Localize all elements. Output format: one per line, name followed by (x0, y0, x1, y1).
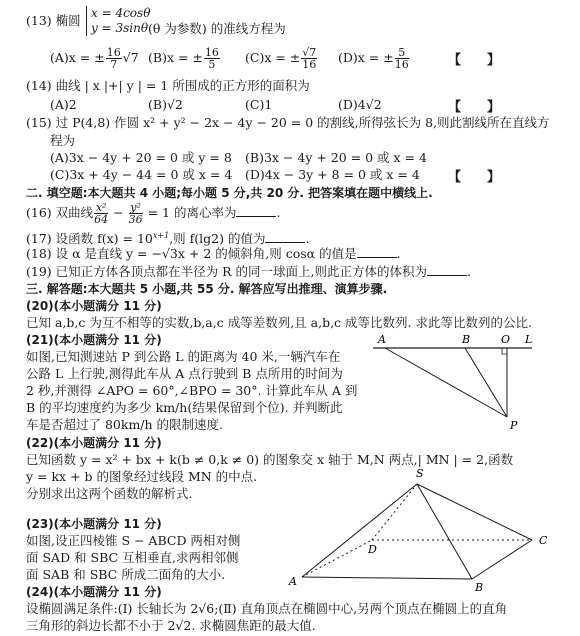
q13-stem: (13) 椭圆 (26, 13, 81, 29)
q13-option-a: (A)x = ±167√7 (50, 50, 139, 65)
q20-title: (20)(本小题满分 11 分) (26, 298, 162, 314)
label-D: D (367, 543, 377, 556)
q23-line-2: 面 SAD 和 SBC 互相垂直,求两相邻侧 (26, 550, 239, 566)
q21-line-2: 公路 L 上行驶,测得此车从 A 点行驶到 B 点所用的时间为 (26, 366, 343, 382)
q14-option-a: (A)2 (50, 97, 77, 113)
q13-stem-post: (θ 为参数) 的准线方程为 (148, 21, 286, 37)
q23-line-1: 如图,设正四棱锥 S − ABCD 两相对侧 (26, 533, 240, 549)
q22-title: (22)(本小题满分 11 分) (26, 435, 162, 451)
q13-option-c: (C)x = ±√716 (245, 46, 318, 70)
label-B: B (474, 581, 483, 594)
q20-body: 已知 a,b,c 为互不相等的实数,b,a,c 成等差数列,且 a,b,c 成等… (26, 315, 532, 331)
label-L: L (524, 335, 532, 346)
label-P: P (509, 419, 518, 432)
q14-stem: (14) 曲线 | x |+| y | = 1 所围成的正方形的面积为 (26, 78, 310, 94)
q15-answer-bracket[interactable]: 【 】 (448, 166, 500, 185)
q23-line-3: 面 SAB 和 SBC 所成二面角的大小. (26, 567, 225, 583)
q21-line-5: 车是否超过了 80km/h 的限制速度. (26, 417, 223, 433)
question-number: (13) (26, 13, 52, 28)
q24-line-2: 三角形的斜边长都不小于 2√2. 求椭圆焦距的最大值. (26, 618, 316, 634)
label-C: C (539, 534, 548, 547)
q13-option-d: (D)x = ±516 (338, 46, 410, 70)
q21-figure-road-triangle: A B O L P (370, 335, 570, 435)
q13-answer-bracket[interactable]: 【 】 (448, 49, 500, 68)
q13-options: (A)x = ±167√7 (50, 46, 139, 70)
q16-answer-blank[interactable] (236, 206, 276, 217)
section3-heading: 三. 解答题:本大题共 5 小题,共 55 分. 解答应写出推理、演算步骤. (26, 281, 387, 297)
q17-answer-blank[interactable] (265, 232, 305, 243)
q23-title: (23)(本小题满分 11 分) (26, 516, 162, 532)
q14-option-b: (B)√2 (148, 97, 183, 113)
q19-answer-blank[interactable] (427, 265, 467, 276)
q15-option-d: (D)4x − 3y + 8 = 0 或 x = 4 (245, 167, 420, 183)
q18: (18) 设 α 是直线 y = −√3x + 2 的倾斜角,则 cosα 的值… (26, 246, 401, 262)
q24-title: (24)(本小题满分 11 分) (26, 584, 162, 600)
label-A: A (377, 335, 386, 346)
q17: (17) 设函数 f(x) = 10x+1,则 f(lg2) 的值为. (26, 228, 309, 247)
section2-heading: 二. 填空题:本大题共 4 小题;每小题 5 分,共 20 分. 把答案填在题中… (26, 185, 433, 201)
q22-line-2: y = kx + b 的图象经过线段 MN 的中点. (26, 469, 257, 485)
q21-line-1: 如图,已知测速站 P 到公路 L 的距离为 40 米,一辆汽车在 (26, 349, 340, 365)
q15-stem-line2: 程为 (50, 133, 75, 149)
q13-equation-system: x = 4cosθ y = 3sinθ (86, 6, 150, 36)
q24-line-1: 设椭圆满足条件:(Ⅰ) 长轴长为 2√6;(Ⅱ) 直角顶点在椭圆中心,另两个顶点… (26, 601, 507, 617)
q23-figure-pyramid: S A B C D (280, 460, 580, 600)
label-A: A (288, 575, 297, 588)
q15-option-b: (B)3x − 4y + 20 = 0 或 x = 4 (245, 150, 427, 166)
q14-option-c: (C)1 (245, 97, 272, 113)
q15-option-c: (C)3x + 4y − 44 = 0 或 x = 4 (50, 167, 232, 183)
label-B: B (461, 335, 470, 346)
q21-line-4: B 的平均速度约为多少 km/h(结果保留到个位). 并判断此 (26, 400, 343, 416)
q14-option-d: (D)4√2 (338, 97, 382, 113)
label-O: O (501, 335, 510, 346)
q22-line-3: 分别求出这两个函数的解析式. (26, 486, 192, 502)
q15-stem-line1: (15) 过 P(4,8) 作圆 x² + y² − 2x − 4y − 20 … (26, 115, 550, 131)
q21-title: (21)(本小题满分 11 分) (26, 332, 162, 348)
q19: (19) 已知正方体各顶点都在半径为 R 的同一球面上,则此正方体的体积为. (26, 264, 471, 280)
q14-answer-bracket[interactable]: 【 】 (448, 96, 500, 115)
q21-line-3: 2 秒,并测得 ∠APO = 60°,∠BPO = 30°. 计算此车从 A 到 (26, 383, 357, 399)
q16: (16) 双曲线x²64 − y²36 = 1 的离心率为. (26, 200, 280, 226)
label-S: S (416, 467, 424, 480)
q15-option-a: (A)3x − 4y + 20 = 0 或 y = 8 (50, 150, 232, 166)
q13-option-b: (B)x = ±165 (148, 46, 221, 70)
q18-answer-blank[interactable] (357, 247, 397, 258)
